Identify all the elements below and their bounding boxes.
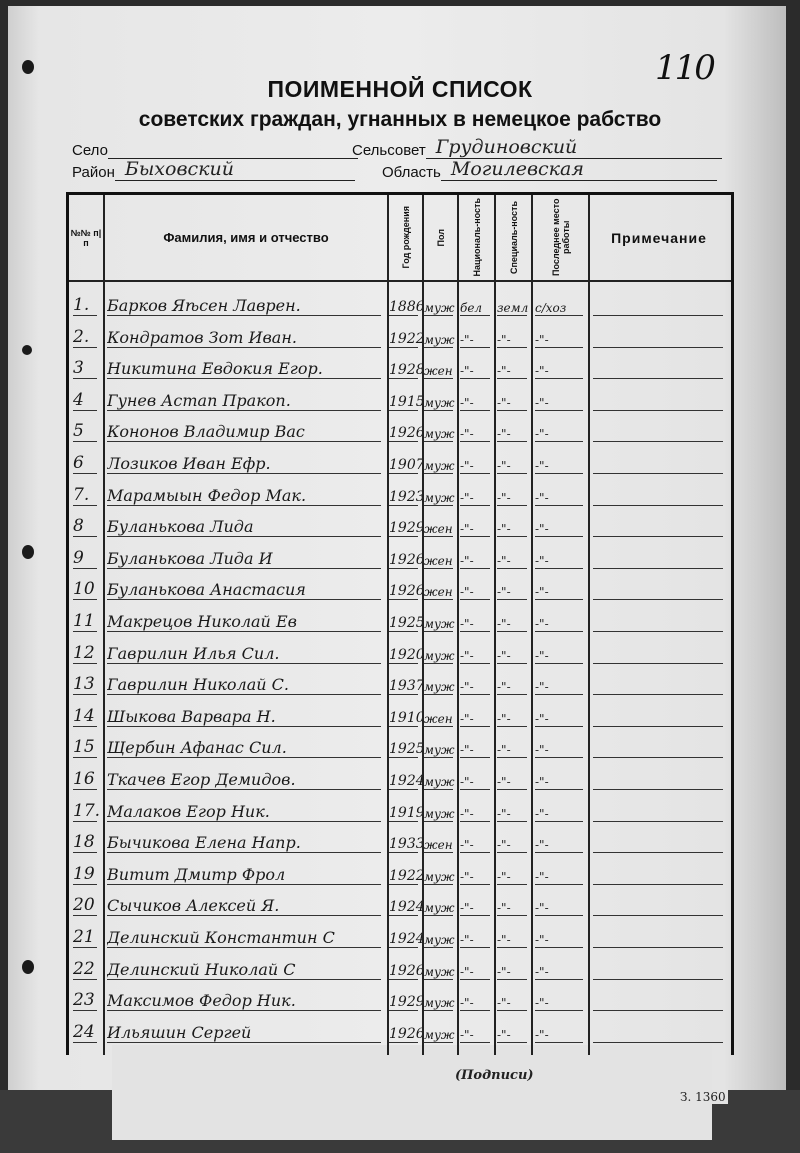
row-name: Гаврилин Илья Сил.	[107, 644, 385, 663]
row-nationality: -"-	[460, 807, 494, 821]
row-year: 1937	[389, 678, 422, 694]
row-name: Марамыын Федор Мак.	[107, 486, 385, 505]
row-number: 23	[73, 990, 101, 1010]
table-row: 23Максимов Федор Ник.1929муж-"--"--"-	[69, 982, 731, 1013]
row-name: Буланькова Лида	[107, 517, 385, 536]
row-specialty: -"-	[497, 870, 531, 884]
row-number: 20	[73, 895, 101, 915]
table-row: 4Гунев Астап Пракоп.1915муж-"--"--"-	[69, 382, 731, 413]
column-header-sex: Пол	[424, 195, 457, 280]
row-number: 14	[73, 706, 101, 726]
row-year: 1923	[389, 489, 422, 505]
field-label-oblast: Область	[382, 164, 441, 181]
table-row: 17.Малаков Егор Ник.1919муж-"--"--"-	[69, 793, 731, 824]
row-number: 9	[73, 548, 101, 568]
field-selo: Село	[72, 138, 358, 159]
row-number: 6	[73, 453, 101, 473]
row-last-work: -"-	[535, 396, 587, 410]
row-last-work: -"-	[535, 933, 587, 947]
row-nationality: -"-	[460, 901, 494, 915]
row-sex: жен	[424, 838, 457, 852]
row-note-line	[593, 915, 723, 916]
row-note-line	[593, 536, 723, 537]
row-specialty: -"-	[497, 996, 531, 1010]
row-nationality: -"-	[460, 965, 494, 979]
row-specialty: -"-	[497, 838, 531, 852]
row-nationality: -"-	[460, 743, 494, 757]
signatures-label: (Подписи)	[455, 1068, 534, 1083]
row-number: 4	[73, 390, 101, 410]
row-last-work: -"-	[535, 554, 587, 568]
column-header-year: Год рождения	[389, 195, 422, 280]
row-sex: муж	[424, 680, 457, 694]
row-last-work: -"-	[535, 775, 587, 789]
field-label-raion: Район	[72, 164, 115, 181]
row-note-line	[593, 726, 723, 727]
page-bottom-edge	[112, 1045, 712, 1140]
row-name: Максимов Федор Ник.	[107, 991, 385, 1010]
row-sex: жен	[424, 712, 457, 726]
row-nationality: -"-	[460, 459, 494, 473]
row-last-work: -"-	[535, 459, 587, 473]
names-table: №№ п|п Фамилия, имя и отчество Год рожде…	[66, 192, 734, 1055]
row-sex: жен	[424, 554, 457, 568]
row-last-work: -"-	[535, 427, 587, 441]
row-name: Лозиков Иван Ефр.	[107, 454, 385, 473]
row-year: 1907	[389, 457, 422, 473]
row-year: 1924	[389, 899, 422, 915]
row-year: 1925	[389, 741, 422, 757]
row-nationality: -"-	[460, 554, 494, 568]
row-number: 24	[73, 1022, 101, 1042]
row-specialty: -"-	[497, 333, 531, 347]
row-year: 1929	[389, 994, 422, 1010]
row-nationality: бел	[460, 301, 494, 315]
row-nationality: -"-	[460, 649, 494, 663]
field-value-selsovet: Грудиновский	[436, 136, 578, 158]
table-row: 7.Марамыын Федор Мак.1923муж-"--"--"-	[69, 477, 731, 508]
table-row: 8Буланькова Лида1929жен-"--"--"-	[69, 508, 731, 539]
row-specialty: -"-	[497, 807, 531, 821]
row-name: Никитина Евдокия Егор.	[107, 359, 385, 378]
row-note-line	[593, 315, 723, 316]
column-header-last-work: Последнее место работы	[533, 195, 588, 280]
table-row: 3Никитина Евдокия Егор.1928жен-"--"--"-	[69, 350, 731, 381]
row-number: 22	[73, 959, 101, 979]
table-row: 11Макрецов Николай Ев1925муж-"--"--"-	[69, 603, 731, 634]
row-sex: муж	[424, 617, 457, 631]
column-header-specialty: Специаль-ность	[496, 195, 531, 280]
row-nationality: -"-	[460, 617, 494, 631]
row-sex: муж	[424, 649, 457, 663]
row-last-work: -"-	[535, 1028, 587, 1042]
row-specialty: -"-	[497, 712, 531, 726]
row-sex: муж	[424, 396, 457, 410]
row-year: 1925	[389, 615, 422, 631]
row-sex: муж	[424, 333, 457, 347]
row-note-line	[593, 663, 723, 664]
row-nationality: -"-	[460, 1028, 494, 1042]
row-name: Щербин Афанас Сил.	[107, 738, 385, 757]
column-header-note: Примечание	[590, 195, 728, 280]
row-note-line	[593, 1010, 723, 1011]
row-number: 13	[73, 674, 101, 694]
row-number: 16	[73, 769, 101, 789]
row-nationality: -"-	[460, 364, 494, 378]
row-name: Шыкова Варвара Н.	[107, 707, 385, 726]
row-specialty: -"-	[497, 649, 531, 663]
row-number: 17.	[73, 801, 101, 821]
document-subtitle: советских граждан, угнанных в немецкое р…	[0, 108, 800, 132]
row-note-line	[593, 568, 723, 569]
row-nationality: -"-	[460, 396, 494, 410]
table-row: 22Делинский Николай С1926муж-"--"--"-	[69, 951, 731, 982]
row-sex: муж	[424, 459, 457, 473]
row-nationality: -"-	[460, 333, 494, 347]
row-year: 1926	[389, 552, 422, 568]
row-nationality: -"-	[460, 712, 494, 726]
row-name: Делинский Константин С	[107, 928, 385, 947]
row-name: Барков Яѣсен Лаврен.	[107, 296, 385, 315]
field-value-raion: Быховский	[125, 158, 234, 180]
row-nationality: -"-	[460, 585, 494, 599]
row-name: Буланькова Анастасия	[107, 580, 385, 599]
row-last-work: -"-	[535, 617, 587, 631]
row-note-line	[593, 505, 723, 506]
table-row: 1.Барков Яѣсен Лаврен.1886мужбелземлс/хо…	[69, 287, 731, 318]
row-year: 1915	[389, 394, 422, 410]
row-name: Бычикова Елена Напр.	[107, 833, 385, 852]
row-name: Кондратов Зот Иван.	[107, 328, 385, 347]
table-row: 19Витит Дмитр Фрол1922муж-"--"--"-	[69, 856, 731, 887]
row-year: 1924	[389, 773, 422, 789]
row-last-work: -"-	[535, 743, 587, 757]
row-last-work: -"-	[535, 870, 587, 884]
column-header-nationality: Националь-ность	[459, 195, 494, 280]
row-year: 1920	[389, 647, 422, 663]
row-name: Буланькова Лида И	[107, 549, 385, 568]
row-number: 1.	[73, 295, 101, 315]
row-last-work: -"-	[535, 712, 587, 726]
row-year: 1926	[389, 1026, 422, 1042]
row-specialty: -"-	[497, 459, 531, 473]
row-number: 19	[73, 864, 101, 884]
row-note-line	[593, 410, 723, 411]
table-row: 21Делинский Константин С1924муж-"--"--"-	[69, 919, 731, 950]
table-row: 20Сычиков Алексей Я.1924муж-"--"--"-	[69, 887, 731, 918]
row-sex: муж	[424, 996, 457, 1010]
row-nationality: -"-	[460, 427, 494, 441]
row-specialty: -"-	[497, 491, 531, 505]
row-name: Ткачев Егор Демидов.	[107, 770, 385, 789]
row-name: Делинский Николай С	[107, 960, 385, 979]
document-title: ПОИМЕННОЙ СПИСОК	[0, 76, 800, 103]
row-nationality: -"-	[460, 996, 494, 1010]
row-name: Сычиков Алексей Я.	[107, 896, 385, 915]
row-year: 1928	[389, 362, 422, 378]
row-specialty: -"-	[497, 680, 531, 694]
row-specialty: -"-	[497, 965, 531, 979]
row-sex: жен	[424, 522, 457, 536]
row-sex: муж	[424, 933, 457, 947]
row-year: 1933	[389, 836, 422, 852]
row-number: 15	[73, 737, 101, 757]
row-nationality: -"-	[460, 680, 494, 694]
row-sex: муж	[424, 1028, 457, 1042]
row-year: 1926	[389, 963, 422, 979]
row-note-line	[593, 1042, 723, 1043]
row-number: 10	[73, 579, 101, 599]
row-specialty: -"-	[497, 364, 531, 378]
row-sex: жен	[424, 585, 457, 599]
row-name: Гаврилин Николай С.	[107, 675, 385, 694]
row-last-work: -"-	[535, 680, 587, 694]
row-note-line	[593, 347, 723, 348]
row-number: 7.	[73, 485, 101, 505]
row-name: Гунев Астап Пракоп.	[107, 391, 385, 410]
row-year: 1922	[389, 868, 422, 884]
table-row: 24Ильяшин Сергей1926муж-"--"--"-	[69, 1014, 731, 1045]
row-year: 1919	[389, 805, 422, 821]
row-nationality: -"-	[460, 522, 494, 536]
row-sex: муж	[424, 965, 457, 979]
row-sex: муж	[424, 870, 457, 884]
row-year: 1910	[389, 710, 422, 726]
field-selsovet: Сельсовет Грудиновский	[352, 138, 722, 159]
row-sex: муж	[424, 775, 457, 789]
row-specialty: -"-	[497, 554, 531, 568]
row-name: Кононов Владимир Вас	[107, 422, 385, 441]
row-last-work: -"-	[535, 965, 587, 979]
row-nationality: -"-	[460, 933, 494, 947]
row-specialty: -"-	[497, 775, 531, 789]
row-year: 1922	[389, 331, 422, 347]
row-number: 18	[73, 832, 101, 852]
row-number: 11	[73, 611, 101, 631]
row-nationality: -"-	[460, 775, 494, 789]
field-value-oblast: Могилевская	[451, 158, 584, 180]
row-specialty: -"-	[497, 585, 531, 599]
field-oblast: Область Могилевская	[382, 160, 717, 181]
row-sex: жен	[424, 364, 457, 378]
row-note-line	[593, 631, 723, 632]
table-row: 13Гаврилин Николай С.1937муж-"--"--"-	[69, 666, 731, 697]
row-specialty: -"-	[497, 522, 531, 536]
row-sex: муж	[424, 743, 457, 757]
punch-hole	[22, 960, 34, 974]
row-sex: муж	[424, 901, 457, 915]
row-note-line	[593, 473, 723, 474]
row-specialty: -"-	[497, 396, 531, 410]
row-number: 2.	[73, 327, 101, 347]
table-row: 9Буланькова Лида И1926жен-"--"--"-	[69, 540, 731, 571]
row-note-line	[593, 694, 723, 695]
row-last-work: -"-	[535, 522, 587, 536]
row-sex: муж	[424, 491, 457, 505]
row-last-work: -"-	[535, 333, 587, 347]
table-row: 10Буланькова Анастасия1926жен-"--"--"-	[69, 571, 731, 602]
row-last-work: -"-	[535, 807, 587, 821]
row-name: Витит Дмитр Фрол	[107, 865, 385, 884]
row-name: Малаков Егор Ник.	[107, 802, 385, 821]
row-note-line	[593, 599, 723, 600]
row-note-line	[593, 821, 723, 822]
row-number: 5	[73, 421, 101, 441]
row-nationality: -"-	[460, 491, 494, 505]
column-header-num: №№ п|п	[69, 195, 103, 280]
row-sex: муж	[424, 301, 457, 315]
table-row: 15Щербин Афанас Сил.1925муж-"--"--"-	[69, 729, 731, 760]
row-last-work: -"-	[535, 838, 587, 852]
row-note-line	[593, 884, 723, 885]
row-number: 21	[73, 927, 101, 947]
row-specialty: -"-	[497, 427, 531, 441]
field-label-selsovet: Сельсовет	[352, 142, 426, 159]
row-year: 1926	[389, 425, 422, 441]
row-nationality: -"-	[460, 870, 494, 884]
row-note-line	[593, 789, 723, 790]
form-code: З. 1360	[678, 1090, 728, 1104]
row-year: 1926	[389, 583, 422, 599]
row-sex: муж	[424, 807, 457, 821]
row-year: 1886	[389, 299, 422, 315]
row-last-work: -"-	[535, 585, 587, 599]
column-header-name: Фамилия, имя и отчество	[105, 195, 387, 280]
table-row: 18Бычикова Елена Напр.1933жен-"--"--"-	[69, 824, 731, 855]
table-row: 6Лозиков Иван Ефр.1907муж-"--"--"-	[69, 445, 731, 476]
row-name: Макрецов Николай Ев	[107, 612, 385, 631]
row-specialty: земл	[497, 301, 531, 315]
row-note-line	[593, 852, 723, 853]
row-note-line	[593, 441, 723, 442]
punch-hole	[22, 60, 34, 74]
field-label-selo: Село	[72, 142, 108, 159]
row-note-line	[593, 757, 723, 758]
row-number: 12	[73, 643, 101, 663]
row-note-line	[593, 947, 723, 948]
table-row: 14Шыкова Варвара Н.1910жен-"--"--"-	[69, 698, 731, 729]
punch-hole	[22, 545, 34, 559]
row-specialty: -"-	[497, 743, 531, 757]
field-raion: Район Быховский	[72, 160, 355, 181]
row-last-work: -"-	[535, 364, 587, 378]
row-year: 1924	[389, 931, 422, 947]
table-row: 2.Кондратов Зот Иван.1922муж-"--"--"-	[69, 319, 731, 350]
row-number: 8	[73, 516, 101, 536]
row-year: 1929	[389, 520, 422, 536]
row-specialty: -"-	[497, 617, 531, 631]
punch-hole	[22, 345, 32, 355]
row-last-work: -"-	[535, 491, 587, 505]
row-nationality: -"-	[460, 838, 494, 852]
table-row: 12Гаврилин Илья Сил.1920муж-"--"--"-	[69, 635, 731, 666]
row-specialty: -"-	[497, 933, 531, 947]
row-specialty: -"-	[497, 901, 531, 915]
row-last-work: -"-	[535, 996, 587, 1010]
row-sex: муж	[424, 427, 457, 441]
row-name: Ильяшин Сергей	[107, 1023, 385, 1042]
table-row: 16Ткачев Егор Демидов.1924муж-"--"--"-	[69, 761, 731, 792]
row-last-work: -"-	[535, 649, 587, 663]
row-number: 3	[73, 358, 101, 378]
table-row: 5Кононов Владимир Вас1926муж-"--"--"-	[69, 413, 731, 444]
row-note-line	[593, 378, 723, 379]
row-note-line	[593, 979, 723, 980]
row-last-work: с/хоз	[535, 301, 587, 315]
row-last-work: -"-	[535, 901, 587, 915]
row-specialty: -"-	[497, 1028, 531, 1042]
